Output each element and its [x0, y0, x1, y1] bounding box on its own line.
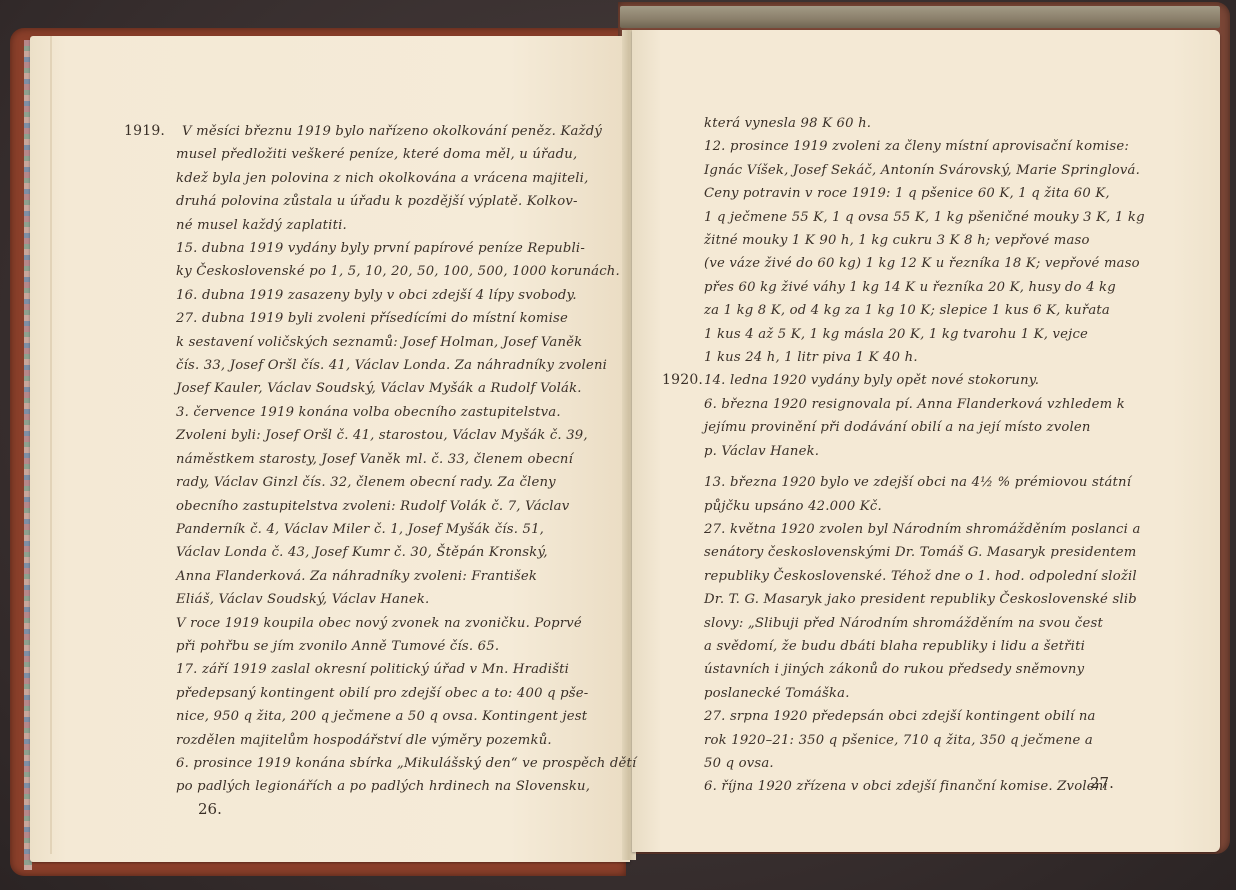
text-line: po padlých legionářích a po padlých hrdi…	[130, 775, 630, 798]
text-line: jejímu provinění při dodávání obilí a na…	[662, 416, 1162, 439]
text-line: nice, 950 q žita, 200 q ječmene a 50 q o…	[130, 705, 630, 728]
text-line: 1 kus 4 až 5 K, 1 kg másla 20 K, 1 kg tv…	[662, 323, 1162, 346]
text-line: druhá polovina zůstala u úřadu k pozdějš…	[130, 190, 630, 213]
text-line: obecního zastupitelstva zvoleni: Rudolf …	[130, 495, 630, 518]
text-line: p. Václav Hanek.	[662, 440, 1162, 463]
text-line: 1919.V měsíci březnu 1919 bylo nařízeno …	[124, 120, 630, 143]
text-line: 13. března 1920 bylo ve zdejší obci na 4…	[662, 471, 1162, 494]
text-line: Ceny potravin v roce 1919: 1 q pšenice 6…	[662, 182, 1162, 205]
page-number-left: 26.	[198, 800, 222, 818]
text-line: senátory československými Dr. Tomáš G. M…	[662, 541, 1162, 564]
text-line: k sestavení voličských seznamů: Josef Ho…	[130, 331, 630, 354]
text-line: 50 q ovsa.	[662, 752, 1162, 775]
right-page-text: která vynesla 98 K 60 h. 12. prosince 19…	[662, 112, 1162, 799]
text-line: 6. října 1920 zřízena v obci zdejší fina…	[662, 775, 1162, 798]
text-line: ky Československé po 1, 5, 10, 20, 50, 1…	[130, 260, 630, 283]
text-line: Eliáš, Václav Soudský, Václav Hanek.	[130, 588, 630, 611]
text-line: čís. 33, Josef Oršl čís. 41, Václav Lond…	[130, 354, 630, 377]
text-line: předepsaný kontingent obilí pro zdejší o…	[130, 682, 630, 705]
year-marker: 1919.	[124, 120, 182, 143]
text-line: rozdělen majitelům hospodářství dle výmě…	[130, 729, 630, 752]
text-line: 16. dubna 1919 zasazeny byly v obci zdej…	[130, 284, 630, 307]
text-line: Josef Kauler, Václav Soudský, Václav Myš…	[130, 377, 630, 400]
text-line: 6. prosince 1919 konána sbírka „Mikulášs…	[130, 752, 630, 775]
text-line: kdež byla jen polovina z nich okolkována…	[130, 167, 630, 190]
text-line: V roce 1919 koupila obec nový zvonek na …	[130, 612, 630, 635]
text-line: 17. září 1919 zaslal okresní politický ú…	[130, 658, 630, 681]
text-line: Panderník č. 4, Václav Miler č. 1, Josef…	[130, 518, 630, 541]
text-line: né musel každý zaplatiti.	[130, 214, 630, 237]
year-marker: 1920.	[662, 369, 704, 392]
text-line: náměstkem starosty, Josef Vaněk ml. č. 3…	[130, 448, 630, 471]
text-line: rok 1920–21: 350 q pšenice, 710 q žita, …	[662, 729, 1162, 752]
page-number-right: 27.	[1090, 774, 1114, 792]
text-line: při pohřbu se jím zvonilo Anně Tumové čí…	[130, 635, 630, 658]
text-line: ústavních i jiných zákonů do rukou předs…	[662, 658, 1162, 681]
text-line: která vynesla 98 K 60 h.	[662, 112, 1162, 135]
text-line: 27. května 1920 zvolen byl Národním shro…	[662, 518, 1162, 541]
text-line: a svědomí, že budu dbáti blaha republiky…	[662, 635, 1162, 658]
text-line: 3. července 1919 konána volba obecního z…	[130, 401, 630, 424]
text-line: za 1 kg 8 K, od 4 kg za 1 kg 10 K; slepi…	[662, 299, 1162, 322]
text-line: 12. prosince 1919 zvoleni za členy místn…	[662, 135, 1162, 158]
text-line: 15. dubna 1919 vydány byly první papírov…	[130, 237, 630, 260]
text-line: Anna Flanderková. Za náhradníky zvoleni:…	[130, 565, 630, 588]
text-line: republiky Československé. Téhož dne o 1.…	[662, 565, 1162, 588]
text-line: Dr. T. G. Masaryk jako president republi…	[662, 588, 1162, 611]
text-line: Ignác Víšek, Josef Sekáč, Antonín Svárov…	[662, 159, 1162, 182]
text-line: žitné mouky 1 K 90 h, 1 kg cukru 3 K 8 h…	[662, 229, 1162, 252]
page-block-top-edge	[620, 6, 1220, 28]
text-line: musel předložiti veškeré peníze, které d…	[130, 143, 630, 166]
left-page-text: 1919.V měsíci březnu 1919 bylo nařízeno …	[130, 120, 630, 799]
text-line: Zvoleni byli: Josef Oršl č. 41, starosto…	[130, 424, 630, 447]
text-line: poslanecké Tomáška.	[662, 682, 1162, 705]
text-line: 1920.14. ledna 1920 vydány byly opět nov…	[662, 369, 1162, 392]
text-line: 1 q ječmene 55 K, 1 q ovsa 55 K, 1 kg pš…	[662, 206, 1162, 229]
text-line: půjčku upsáno 42.000 Kč.	[662, 495, 1162, 518]
text-line: 27. dubna 1919 byli zvoleni přísedícími …	[130, 307, 630, 330]
text-line: přes 60 kg živé váhy 1 kg 14 K u řezníka…	[662, 276, 1162, 299]
text-line: Václav Londa č. 43, Josef Kumr č. 30, Št…	[130, 541, 630, 564]
text-line: rady, Václav Ginzl čís. 32, členem obecn…	[130, 471, 630, 494]
text-line: 6. března 1920 resignovala pí. Anna Flan…	[662, 393, 1162, 416]
page-fold-line	[50, 36, 52, 854]
text-line: 1 kus 24 h, 1 litr piva 1 K 40 h.	[662, 346, 1162, 369]
text-line: 27. srpna 1920 předepsán obci zdejší kon…	[662, 705, 1162, 728]
text-line: (ve váze živé do 60 kg) 1 kg 12 K u řezn…	[662, 252, 1162, 275]
text-line: slovy: „Slibuji před Národním shromážděn…	[662, 612, 1162, 635]
